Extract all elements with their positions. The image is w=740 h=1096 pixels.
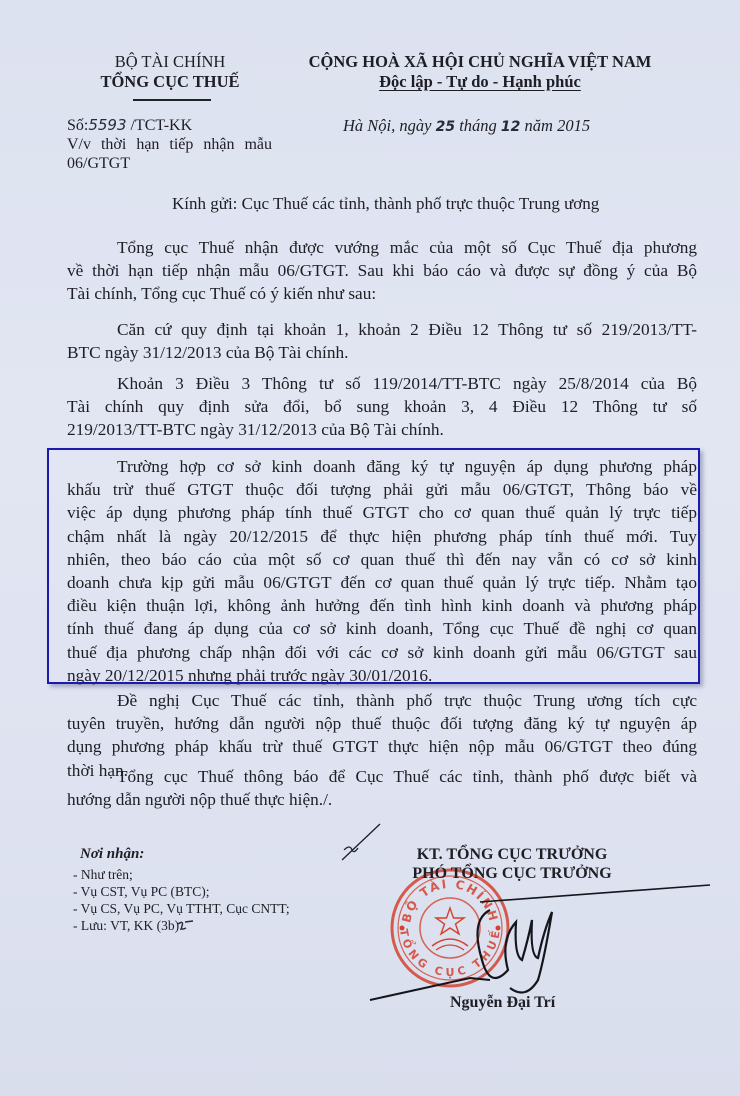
paragraph-line: Khoản 3 Điều 3 Thông tư số 119/2014/TT-B…	[67, 372, 697, 395]
official-letter-page: BỘ TÀI CHÍNH TỔNG CỤC THUẾ CỘNG HOÀ XÃ H…	[0, 0, 740, 1096]
signer-name: Nguyễn Đại Trí	[450, 994, 555, 1012]
paragraph-line: Tài chính quy định sửa đổi, bổ sung khoả…	[67, 395, 697, 418]
date-year: năm 2015	[520, 116, 590, 135]
initials-mark-icon	[176, 918, 196, 934]
paragraph-first-line-text: Khoản 3 Điều 3 Thông tư số 119/2014/TT-B…	[117, 374, 697, 393]
doc-number-prefix: Số:	[67, 117, 88, 134]
document-number: Số:5593 /TCT-KK	[67, 116, 192, 135]
paragraph-line: Tài chính, Tổng cục Thuế có ý kiến như s…	[67, 282, 697, 305]
recipient-item: - Vụ CST, Vụ PC (BTC);	[73, 884, 210, 900]
agency-underline	[133, 99, 211, 101]
date-line: Hà Nội, ngày 25 tháng 12 năm 2015	[343, 116, 590, 136]
date-month-label: tháng	[455, 116, 501, 135]
date-day-handwritten: 25	[436, 119, 455, 135]
nation-name: CỘNG HOÀ XÃ HỘI CHỦ NGHĨA VIỆT NAM	[290, 52, 670, 72]
national-motto: Độc lập - Tự do - Hạnh phúc	[290, 72, 670, 92]
doc-number-handwritten: 5593	[88, 116, 126, 134]
signatory-title-1: KT. TỔNG CỤC TRƯỞNG	[402, 845, 622, 864]
paragraph-line: hướng dẫn người nộp thuế thực hiện./.	[67, 788, 697, 811]
paragraph-line: tuyên truyền, hướng dẫn người nộp thuế t…	[67, 712, 697, 735]
paragraph-line: dụng phương pháp khấu trừ thuế GTGT thực…	[67, 735, 697, 758]
department-name: TỔNG CỤC THUẾ	[40, 72, 300, 92]
paragraph-first-line-text: Đề nghị Cục Thuế các tỉnh, thành phố trự…	[117, 691, 697, 710]
date-place: Hà Nội, ngày	[343, 116, 436, 135]
paragraph-line: Căn cứ quy định tại khoản 1, khoản 2 Điề…	[67, 318, 697, 341]
doc-number-suffix: /TCT-KK	[127, 117, 193, 134]
recipient-item: - Như trên;	[73, 867, 133, 883]
issuing-agency-block: BỘ TÀI CHÍNH TỔNG CỤC THUẾ	[40, 52, 300, 92]
ministry-name: BỘ TÀI CHÍNH	[40, 52, 300, 72]
paragraph-first-line-text: Tổng cục Thuế nhận được vướng mắc của mộ…	[117, 238, 697, 257]
national-header-block: CỘNG HOÀ XÃ HỘI CHỦ NGHĨA VIỆT NAM Độc l…	[290, 52, 670, 92]
paraph-mark-icon	[340, 820, 390, 864]
paragraph-line: 219/2013/TT-BTC ngày 31/12/2013 của Bộ T…	[67, 418, 697, 441]
paragraph-first-line-text: Tổng cục Thuế thông báo để Cục Thuế các …	[117, 767, 697, 786]
paragraph-line: BTC ngày 31/12/2013 của Bộ Tài chính.	[67, 341, 697, 364]
signatory-title-2: PHÓ TỔNG CỤC TRƯỞNG	[402, 864, 622, 883]
paragraph-line: Đề nghị Cục Thuế các tỉnh, thành phố trự…	[67, 689, 697, 712]
date-month-handwritten: 12	[501, 119, 520, 135]
paragraph-line: về thời hạn tiếp nhận mẫu 06/GTGT. Sau k…	[67, 259, 697, 282]
recipient-item: - Vụ CS, Vụ PC, Vụ TTHT, Cục CNTT;	[73, 901, 290, 917]
recipients-title: Nơi nhận:	[80, 846, 144, 863]
document-subject: V/v thời hạn tiếp nhận mẫu 06/GTGT	[67, 135, 272, 173]
recipient-item: - Lưu: VT, KK (3b).	[73, 918, 183, 934]
highlight-box	[47, 448, 700, 684]
paragraph-line: Tổng cục Thuế thông báo để Cục Thuế các …	[67, 765, 697, 788]
paragraph-line: Tổng cục Thuế nhận được vướng mắc của mộ…	[67, 236, 697, 259]
paragraph-first-line-text: Căn cứ quy định tại khoản 1, khoản 2 Điề…	[117, 320, 697, 339]
addressee-line: Kính gửi: Cục Thuế các tỉnh, thành phố t…	[172, 194, 599, 214]
